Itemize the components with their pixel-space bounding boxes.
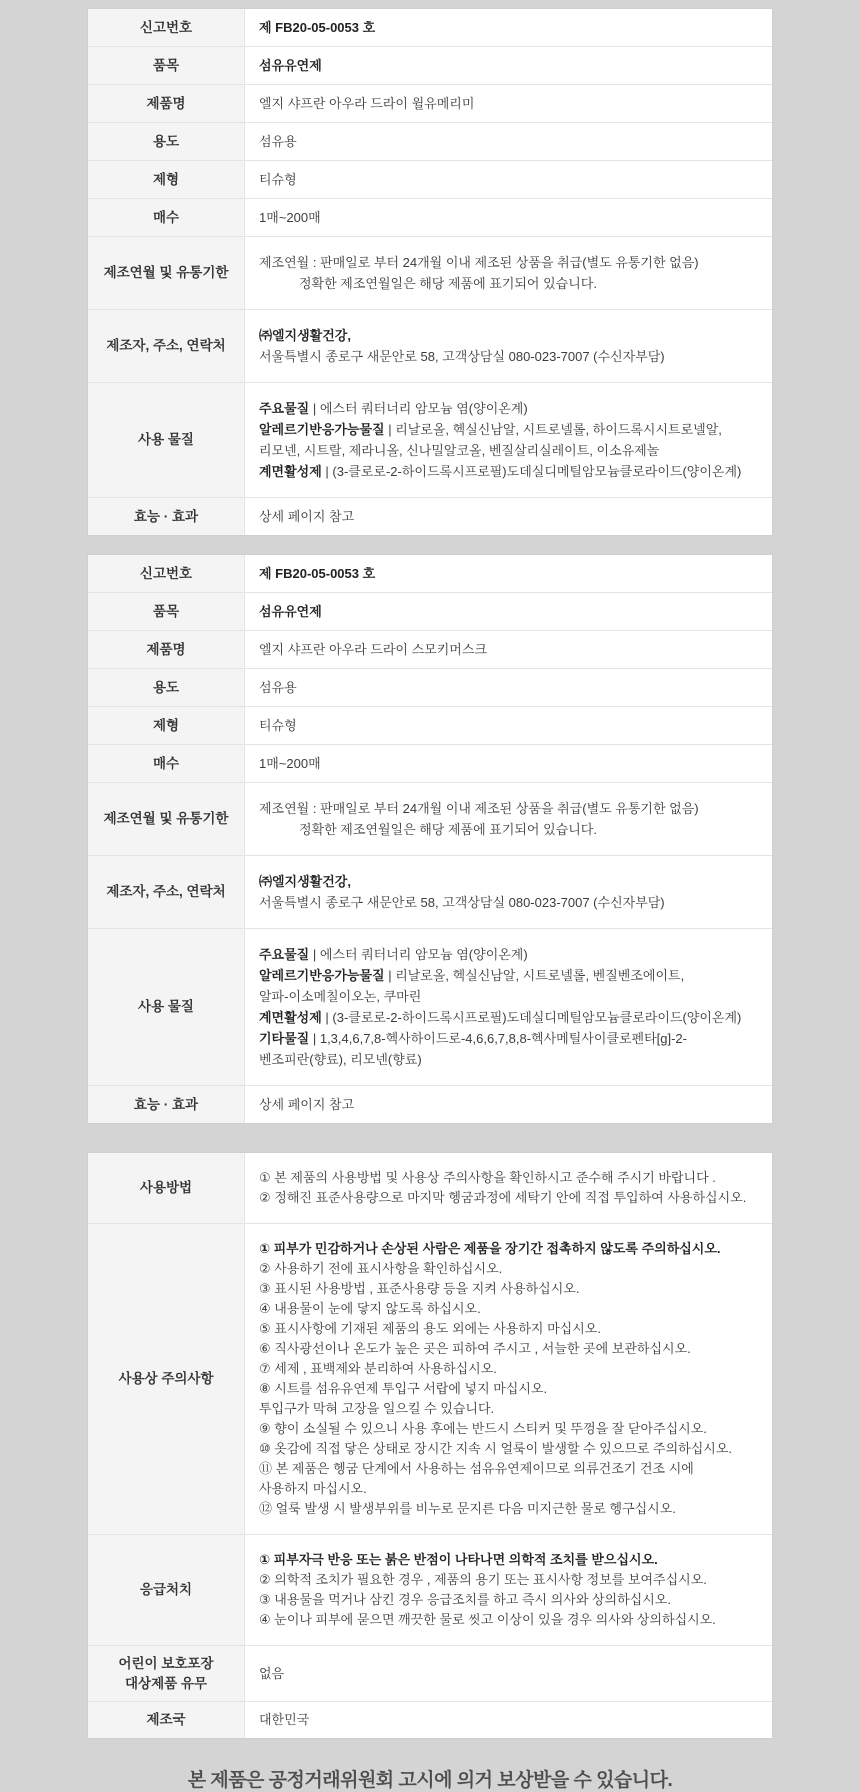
row-value: 티슈형 <box>245 707 772 744</box>
row-substances: 사용 물질 주요물질 | 에스터 쿼터너리 암모늄 염(양이온계) 알레르기반응… <box>88 382 772 497</box>
value-text: 상세 페이지 참고 <box>259 1097 354 1112</box>
value-text: ㈜엘지생활건강, <box>259 328 351 343</box>
value-text: 주요물질 <box>259 947 309 962</box>
label-text: 제조연월 및 유통기한 <box>104 263 229 283</box>
row-label: 용도 <box>88 669 245 706</box>
value-text: 리모넨, 시트랄, 제라니올, 신나밀알코올, 벤질살리실레이트, 이소유제놀 <box>259 443 659 458</box>
label-text: 매수 <box>153 208 179 228</box>
label-text: 사용 물질 <box>138 997 194 1017</box>
label-text: 신고번호 <box>140 18 192 38</box>
value-text: 없음 <box>259 1666 284 1681</box>
value-text: 제 FB20-05-0053 호 <box>259 20 375 35</box>
value-text: 상세 페이지 참고 <box>259 509 354 524</box>
value-text: ⑦ 세제 , 표백제와 분리하여 사용하십시오. <box>259 1361 497 1376</box>
value-text: ⑨ 향이 소실될 수 있으니 사용 후에는 반드시 스티커 및 뚜껑을 잘 닫아… <box>259 1421 707 1436</box>
label-text: 효능 · 효과 <box>134 507 198 527</box>
label-text: 제품명 <box>146 640 185 660</box>
row-directions: 사용방법 ① 본 제품의 사용방법 및 사용상 주의사항을 확인하시고 준수해 … <box>88 1153 772 1223</box>
row-value: 주요물질 | 에스터 쿼터너리 암모늄 염(양이온계) 알레르기반응가능물질 |… <box>245 383 772 497</box>
row-sheet-count: 매수 1매~200매 <box>88 744 772 782</box>
row-value: 엘지 샤프란 아우라 드라이 윌유메리미 <box>245 85 772 122</box>
label-text: 제조자, 주소, 연락처 <box>106 336 225 356</box>
row-value: 티슈형 <box>245 161 772 198</box>
value-text: ⑪ 본 제품은 헹굼 단계에서 사용하는 섬유유연제이므로 의류건조기 건조 시… <box>259 1461 694 1476</box>
row-value: 엘지 샤프란 아우라 드라이 스모키머스크 <box>245 631 772 668</box>
value-text: ⑩ 옷감에 직접 닿은 상태로 장시간 지속 시 얼룩이 발생할 수 있으므로 … <box>259 1441 732 1456</box>
value-text: 제조연월 : 판매일로 부터 24개월 이내 제조된 상품을 취급(별도 유통기… <box>259 801 699 816</box>
row-label: 효능 · 효과 <box>88 498 245 535</box>
value-text: 엘지 샤프란 아우라 드라이 스모키머스크 <box>259 642 487 657</box>
row-country-of-origin: 제조국 대한민국 <box>88 1701 772 1738</box>
row-usage: 용도 섬유용 <box>88 668 772 706</box>
row-precautions: 사용상 주의사항 ① 피부가 민감하거나 손상된 사람은 제품을 장기간 접촉하… <box>88 1223 772 1534</box>
value-text: 서울특별시 종로구 새문안로 58, 고객상담실 080-023-7007 (수… <box>259 895 665 910</box>
value-text: 알레르기반응가능물질 <box>259 422 385 437</box>
value-text: 제조연월 : 판매일로 부터 24개월 이내 제조된 상품을 취급(별도 유통기… <box>259 255 699 270</box>
value-text: 섬유용 <box>259 680 297 695</box>
value-text: ③ 내용물을 먹거나 삼킨 경우 응급조치를 하고 즉시 의사와 상의하십시오. <box>259 1592 671 1607</box>
row-report-number: 신고번호 제 FB20-05-0053 호 <box>88 9 772 46</box>
value-text: 섬유유연제 <box>259 604 322 619</box>
value-text: ① 본 제품의 사용방법 및 사용상 주의사항을 확인하시고 준수해 주시기 바… <box>259 1170 716 1185</box>
row-label: 매수 <box>88 199 245 236</box>
value-text: 티슈형 <box>259 718 297 733</box>
row-sheet-count: 매수 1매~200매 <box>88 198 772 236</box>
value-text: 계면활성제 <box>259 1010 322 1025</box>
compensation-notice: 본 제품은 공정거래위원회 고시에 의거 보상받을 수 있습니다. <box>0 1765 860 1792</box>
row-label: 제조국 <box>88 1702 245 1738</box>
value-text: ④ 눈이나 피부에 묻으면 깨끗한 물로 씻고 이상이 있을 경우 의사와 상의… <box>259 1612 716 1627</box>
value-text: 섬유용 <box>259 134 297 149</box>
value-text: ⑥ 직사광선이나 온도가 높은 곳은 피하여 주시고 , 서늘한 곳에 보관하십… <box>259 1341 691 1356</box>
row-value: 제조연월 : 판매일로 부터 24개월 이내 제조된 상품을 취급(별도 유통기… <box>245 237 772 309</box>
row-value: ① 피부가 민감하거나 손상된 사람은 제품을 장기간 접촉하지 않도록 주의하… <box>245 1224 772 1534</box>
row-value: 없음 <box>245 1646 772 1701</box>
row-first-aid: 응급처치 ① 피부자극 반응 또는 붉은 반점이 나타나면 의학적 조치를 받으… <box>88 1534 772 1645</box>
value-text: 엘지 샤프란 아우라 드라이 윌유메리미 <box>259 96 474 111</box>
row-item-type: 품목 섬유유연제 <box>88 592 772 630</box>
row-label: 품목 <box>88 593 245 630</box>
row-value: 섬유유연제 <box>245 47 772 84</box>
row-label: 사용방법 <box>88 1153 245 1223</box>
label-text: 사용방법 <box>140 1178 192 1198</box>
label-text: 효능 · 효과 <box>134 1095 198 1115</box>
value-text: ⑧ 시트를 섬유유연제 투입구 서랍에 넣지 마십시오. <box>259 1381 547 1396</box>
row-manufacturer: 제조자, 주소, 연락처 ㈜엘지생활건강, 서울특별시 종로구 새문안로 58,… <box>88 855 772 928</box>
label-text: 대상제품 유무 <box>125 1674 207 1694</box>
row-label: 제품명 <box>88 631 245 668</box>
row-value: ① 본 제품의 사용방법 및 사용상 주의사항을 확인하시고 준수해 주시기 바… <box>245 1153 772 1223</box>
value-text: ⑫ 얼룩 발생 시 발생부위를 비누로 문지른 다음 미지근한 물로 헹구십시오… <box>259 1501 676 1516</box>
row-value: 대한민국 <box>245 1702 772 1738</box>
label-text: 제조연월 및 유통기한 <box>104 809 229 829</box>
label-text: 사용 물질 <box>138 430 194 450</box>
value-text: 벤조피란(향료), 리모넨(향료) <box>259 1052 422 1067</box>
product-info-table-2: 신고번호 제 FB20-05-0053 호 품목 섬유유연제 제품명 엘지 샤프… <box>87 554 773 1124</box>
value-text: ① 피부가 민감하거나 손상된 사람은 제품을 장기간 접촉하지 않도록 주의하… <box>259 1241 721 1256</box>
row-item-type: 품목 섬유유연제 <box>88 46 772 84</box>
row-value: ① 피부자극 반응 또는 붉은 반점이 나타나면 의학적 조치를 받으십시오. … <box>245 1535 772 1645</box>
row-value: 섬유용 <box>245 669 772 706</box>
label-text: 제조국 <box>146 1710 185 1730</box>
label-text: 용도 <box>153 132 179 152</box>
usage-caution-table: 사용방법 ① 본 제품의 사용방법 및 사용상 주의사항을 확인하시고 준수해 … <box>87 1152 773 1739</box>
row-manufacture-date: 제조연월 및 유통기한 제조연월 : 판매일로 부터 24개월 이내 제조된 상… <box>88 782 772 855</box>
value-text: ② 의학적 조치가 필요한 경우 , 제품의 용기 또는 표시사항 정보를 보여… <box>259 1572 707 1587</box>
row-manufacturer: 제조자, 주소, 연락처 ㈜엘지생활건강, 서울특별시 종로구 새문안로 58,… <box>88 309 772 382</box>
row-label: 제품명 <box>88 85 245 122</box>
row-label: 사용상 주의사항 <box>88 1224 245 1534</box>
row-value: 1매~200매 <box>245 745 772 782</box>
value-text: 기타물질 <box>259 1031 309 1046</box>
label-text: 품목 <box>153 56 179 76</box>
row-label: 사용 물질 <box>88 929 245 1085</box>
row-label: 매수 <box>88 745 245 782</box>
row-label: 제조자, 주소, 연락처 <box>88 310 245 382</box>
row-value: 섬유용 <box>245 123 772 160</box>
value-text: ② 정해진 표준사용량으로 마지막 헹굼과정에 세탁기 안에 직접 투입하여 사… <box>259 1190 746 1205</box>
value-text: 정확한 제조연월일은 해당 제품에 표기되어 있습니다. <box>299 822 597 837</box>
value-text: 대한민국 <box>259 1712 309 1727</box>
row-label: 신고번호 <box>88 9 245 46</box>
row-label: 제형 <box>88 707 245 744</box>
label-text: 신고번호 <box>140 564 192 584</box>
label-text: 어린이 보호포장 <box>118 1654 213 1674</box>
row-label: 효능 · 효과 <box>88 1086 245 1123</box>
row-label: 제형 <box>88 161 245 198</box>
row-label: 품목 <box>88 47 245 84</box>
row-manufacture-date: 제조연월 및 유통기한 제조연월 : 판매일로 부터 24개월 이내 제조된 상… <box>88 236 772 309</box>
row-effects: 효능 · 효과 상세 페이지 참고 <box>88 1085 772 1123</box>
row-value: 제 FB20-05-0053 호 <box>245 555 772 592</box>
row-substances: 사용 물질 주요물질 | 에스터 쿼터너리 암모늄 염(양이온계) 알레르기반응… <box>88 928 772 1085</box>
value-text: ⑤ 표시사항에 기재된 제품의 용도 외에는 사용하지 마십시오. <box>259 1321 601 1336</box>
row-form: 제형 티슈형 <box>88 706 772 744</box>
value-text: 알레르기반응가능물질 <box>259 968 385 983</box>
row-value: 주요물질 | 에스터 쿼터너리 암모늄 염(양이온계) 알레르기반응가능물질 |… <box>245 929 772 1085</box>
product-info-table-1: 신고번호 제 FB20-05-0053 호 품목 섬유유연제 제품명 엘지 샤프… <box>87 8 773 536</box>
value-text: 서울특별시 종로구 새문안로 58, 고객상담실 080-023-7007 (수… <box>259 349 665 364</box>
row-value: 상세 페이지 참고 <box>245 498 772 535</box>
row-label: 제조연월 및 유통기한 <box>88 237 245 309</box>
row-label: 제조자, 주소, 연락처 <box>88 856 245 928</box>
label-text: 매수 <box>153 754 179 774</box>
row-value: ㈜엘지생활건강, 서울특별시 종로구 새문안로 58, 고객상담실 080-02… <box>245 856 772 928</box>
row-value: 섬유유연제 <box>245 593 772 630</box>
label-text: 제형 <box>153 716 179 736</box>
value-text: 투입구가 막혀 고장을 일으킬 수 있습니다. <box>259 1401 494 1416</box>
row-label: 사용 물질 <box>88 383 245 497</box>
row-effects: 효능 · 효과 상세 페이지 참고 <box>88 497 772 535</box>
value-text: ② 사용하기 전에 표시사항을 확인하십시오. <box>259 1261 502 1276</box>
label-text: 용도 <box>153 678 179 698</box>
row-value: 제조연월 : 판매일로 부터 24개월 이내 제조된 상품을 취급(별도 유통기… <box>245 783 772 855</box>
row-product-name: 제품명 엘지 샤프란 아우라 드라이 스모키머스크 <box>88 630 772 668</box>
row-report-number: 신고번호 제 FB20-05-0053 호 <box>88 555 772 592</box>
value-text: 계면활성제 <box>259 464 322 479</box>
value-text: 1매~200매 <box>259 756 321 771</box>
label-text: 제품명 <box>146 94 185 114</box>
row-label: 용도 <box>88 123 245 160</box>
label-text: 응급처치 <box>140 1580 192 1600</box>
row-value: 제 FB20-05-0053 호 <box>245 9 772 46</box>
row-label: 제조연월 및 유통기한 <box>88 783 245 855</box>
row-value: 상세 페이지 참고 <box>245 1086 772 1123</box>
value-text: 주요물질 <box>259 401 309 416</box>
value-text: 알파-이소메칠이오논, 쿠마린 <box>259 989 421 1004</box>
label-text: 품목 <box>153 602 179 622</box>
value-text: 1매~200매 <box>259 210 321 225</box>
row-usage: 용도 섬유용 <box>88 122 772 160</box>
value-text: 티슈형 <box>259 172 297 187</box>
row-label: 신고번호 <box>88 555 245 592</box>
label-text: 제조자, 주소, 연락처 <box>106 882 225 902</box>
label-text: 제형 <box>153 170 179 190</box>
value-text: 사용하지 마십시오. <box>259 1481 367 1496</box>
row-value: ㈜엘지생활건강, 서울특별시 종로구 새문안로 58, 고객상담실 080-02… <box>245 310 772 382</box>
row-label: 응급처치 <box>88 1535 245 1645</box>
value-text: ④ 내용물이 눈에 닿지 않도록 하십시오. <box>259 1301 481 1316</box>
row-form: 제형 티슈형 <box>88 160 772 198</box>
value-text: ③ 표시된 사용방법 , 표준사용량 등을 지켜 사용하십시오. <box>259 1281 579 1296</box>
page: 신고번호 제 FB20-05-0053 호 품목 섬유유연제 제품명 엘지 샤프… <box>0 0 860 1792</box>
value-text: 섬유유연제 <box>259 58 322 73</box>
row-child-packaging: 어린이 보호포장 대상제품 유무 없음 <box>88 1645 772 1701</box>
row-label: 어린이 보호포장 대상제품 유무 <box>88 1646 245 1701</box>
value-text: ㈜엘지생활건강, <box>259 874 351 889</box>
row-value: 1매~200매 <box>245 199 772 236</box>
value-text: ① 피부자극 반응 또는 붉은 반점이 나타나면 의학적 조치를 받으십시오. <box>259 1552 658 1567</box>
value-text: 제 FB20-05-0053 호 <box>259 566 375 581</box>
value-text: 정확한 제조연월일은 해당 제품에 표기되어 있습니다. <box>299 276 597 291</box>
label-text: 사용상 주의사항 <box>118 1369 213 1389</box>
row-product-name: 제품명 엘지 샤프란 아우라 드라이 윌유메리미 <box>88 84 772 122</box>
